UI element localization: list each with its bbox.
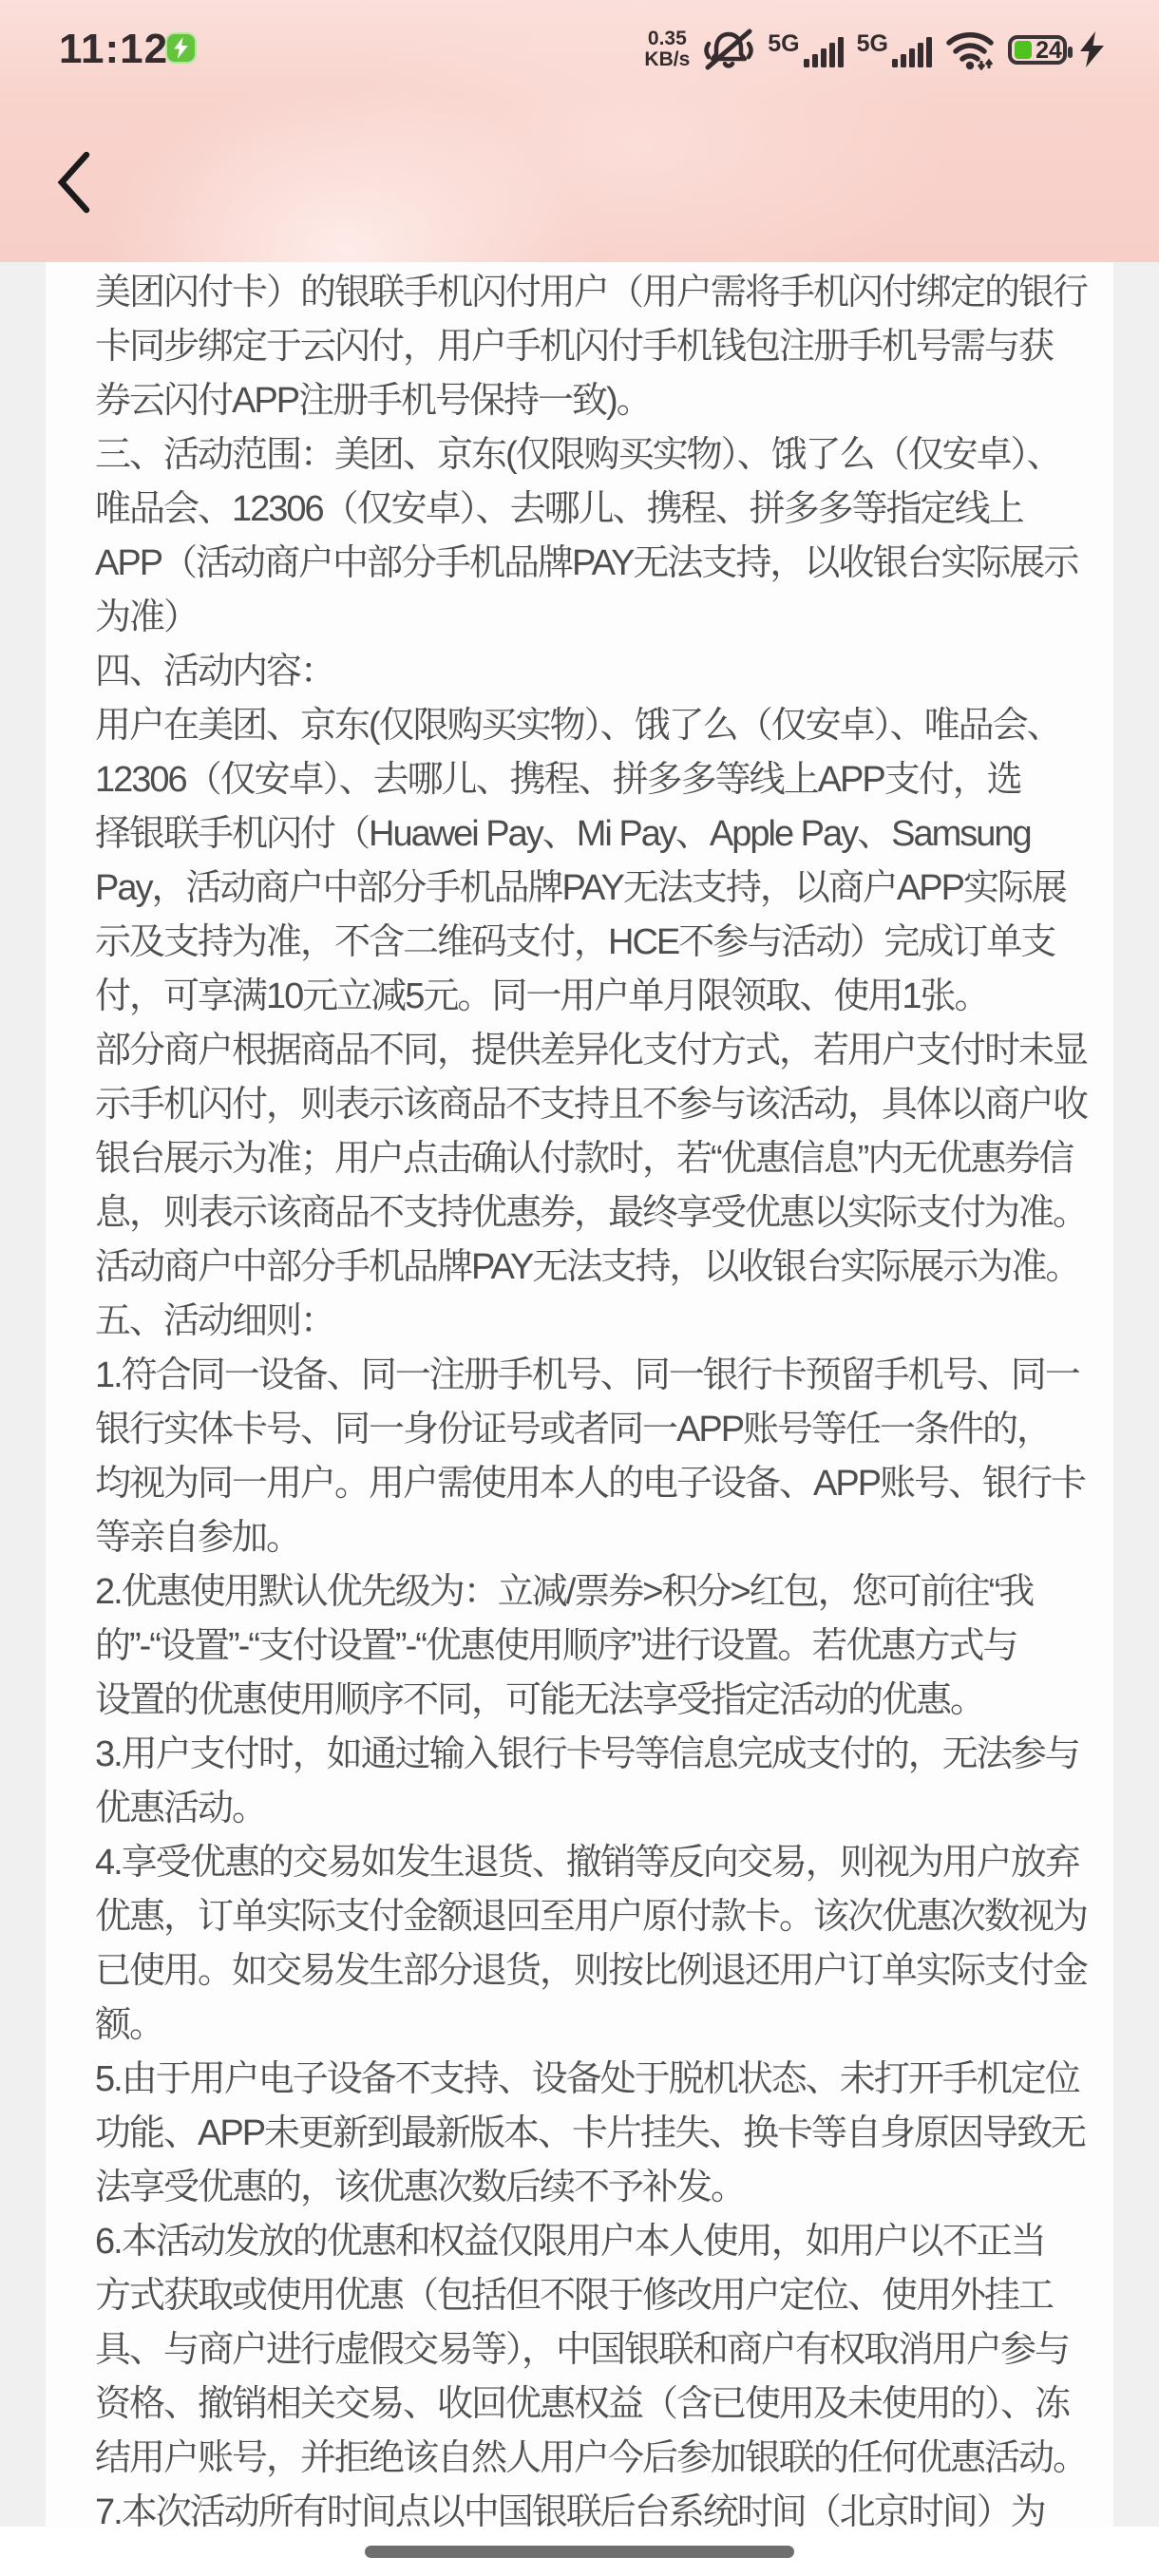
text-line: 已使用。如交易发生部分退货，则按比例退还用户订单实际支付金: [95, 1944, 1077, 1998]
signal-bars-icon: [892, 37, 932, 73]
battery-icon: 24: [1008, 35, 1067, 65]
screen: 11:12 0.35 KB/s 5G: [0, 0, 1159, 2576]
text-line: 示及支持为准，不含二维码支付，HCE不参与活动）完成订单支: [95, 916, 1077, 970]
gesture-bar-area: [0, 2527, 1159, 2576]
text-line: 五、活动细则：: [95, 1295, 1077, 1349]
text-line: 优惠，订单实际支付金额退回至用户原付款卡。该次优惠次数视为: [95, 1890, 1077, 1944]
text-line: 唯品会、12306（仅安卓）、去哪儿、携程、拼多多等指定线上: [95, 483, 1077, 537]
sim1-network-type: 5G: [768, 32, 799, 56]
wifi-icon: [945, 28, 995, 70]
sim2-network-type: 5G: [857, 32, 888, 56]
text-line: 银台展示为准；用户点击确认付款时，若“优惠信息”内无优惠券信: [95, 1132, 1077, 1186]
text-line: APP（活动商户中部分手机品牌PAY无法支持，以收银台实际展示: [95, 537, 1077, 591]
text-line: Pay，活动商户中部分手机品牌PAY无法支持，以商户APP实际展: [95, 862, 1077, 916]
clock: 11:12: [59, 27, 168, 72]
silent-mode-icon: [703, 28, 754, 71]
text-line: 部分商户根据商品不同，提供差异化支付方式，若用户支付时未显: [95, 1024, 1077, 1078]
network-speed-unit: KB/s: [644, 49, 690, 70]
text-line: 设置的优惠使用顺序不同，可能无法享受指定活动的优惠。: [95, 1674, 1077, 1728]
text-line: 付，可享满10元立减5元。同一用户单月限领取、使用1张。: [95, 970, 1077, 1024]
back-button[interactable]: [55, 144, 104, 220]
text-line: 示手机闪付，则表示该商品不支持且不参与该活动，具体以商户收: [95, 1078, 1077, 1132]
text-line: 12306（仅安卓）、去哪儿、携程、拼多多等线上APP支付，选: [95, 753, 1077, 807]
text-line: 的”-“设置”-“支付设置”-“优惠使用顺序”进行设置。若优惠方式与: [95, 1619, 1077, 1674]
signal-sim1: 5G: [768, 26, 843, 73]
battery-area: 24: [1008, 31, 1104, 67]
signal-bars-icon: [804, 37, 844, 73]
text-line: 优惠活动。: [95, 1782, 1077, 1836]
text-line: 四、活动内容：: [95, 645, 1077, 699]
text-line: 3.用户支付时，如通过输入银行卡号等信息完成支付的，无法参与: [95, 1728, 1077, 1782]
text-line: 方式获取或使用优惠（包括但不限于修改用户定位、使用外挂工: [95, 2269, 1077, 2323]
network-speed: 0.35 KB/s: [644, 28, 690, 70]
battery-percent: 24: [1033, 38, 1065, 63]
signal-sim2: 5G: [857, 26, 932, 73]
power-saving-icon: [165, 32, 197, 64]
text-line: 功能、APP未更新到最新版本、卡片挂失、换卡等自身原因导致无: [95, 2107, 1077, 2161]
text-line: 卡同步绑定于云闪付，用户手机闪付手机钱包注册手机号需与获: [95, 320, 1077, 374]
text-line: 1.符合同一设备、同一注册手机号、同一银行卡预留手机号、同一: [95, 1349, 1077, 1403]
text-line: 美团闪付卡）的银联手机闪付用户（用户需将手机闪付绑定的银行: [95, 266, 1077, 320]
text-line: 用户在美团、京东(仅限购买实物）、饿了么（仅安卓）、唯品会、: [95, 699, 1077, 753]
text-line: 银行实体卡号、同一身份证号或者同一APP账号等任一条件的，: [95, 1403, 1077, 1457]
text-line: 券云闪付APP注册手机号保持一致)。: [95, 374, 1077, 428]
text-line: 2.优惠使用默认优先级为：立减/票券>积分>红包，您可前往“我: [95, 1565, 1077, 1619]
text-line: 6.本活动发放的优惠和权益仅限用户本人使用，如用户以不正当: [95, 2215, 1077, 2269]
text-line: 具、与商户进行虚假交易等），中国银联和商户有权取消用户参与: [95, 2323, 1077, 2377]
bolt-glyph: [174, 37, 188, 59]
text-line: 法享受优惠的，该优惠次数后续不予补发。: [95, 2161, 1077, 2215]
network-speed-value: 0.35: [648, 28, 687, 49]
activity-rules-text: 美团闪付卡）的银联手机闪付用户（用户需将手机闪付绑定的银行卡同步绑定于云闪付，用…: [46, 262, 1113, 2527]
battery-cap: [1068, 47, 1073, 58]
text-line: 三、活动范围：美团、京东(仅限购买实物）、饿了么（仅安卓）、: [95, 428, 1077, 483]
text-line: 均视为同一用户。用户需使用本人的电子设备、APP账号、银行卡: [95, 1457, 1077, 1511]
home-indicator[interactable]: [365, 2546, 794, 2558]
charging-bolt-icon: [1080, 31, 1104, 67]
text-line: 为准）: [95, 591, 1077, 645]
text-line: 等亲自参加。: [95, 1511, 1077, 1565]
text-line: 择银联手机闪付（Huawei Pay、Mi Pay、Apple Pay、Sams…: [95, 807, 1077, 862]
text-line: 资格、撤销相关交易、收回优惠权益（含已使用及未使用的）、冻: [95, 2377, 1077, 2432]
text-line: 息，则表示该商品不支持优惠券，最终享受优惠以实际支付为准。: [95, 1186, 1077, 1241]
text-line: 4.享受优惠的交易如发生退货、撤销等反向交易，则视为用户放弃: [95, 1836, 1077, 1890]
status-bar: 11:12 0.35 KB/s 5G: [0, 23, 1159, 76]
text-line: 5.由于用户电子设备不支持、设备处于脱机状态、未打开手机定位: [95, 2053, 1077, 2107]
chevron-left-icon: [55, 150, 93, 215]
text-line: 结用户账号，并拒绝该自然人用户今后参加银联的任何优惠活动。: [95, 2432, 1077, 2486]
text-line: 额。: [95, 1998, 1077, 2053]
status-bar-right: 0.35 KB/s 5G 5G: [644, 23, 1104, 76]
text-line: 活动商户中部分手机品牌PAY无法支持，以收银台实际展示为准。: [95, 1241, 1077, 1295]
battery-fill: [1015, 41, 1032, 59]
